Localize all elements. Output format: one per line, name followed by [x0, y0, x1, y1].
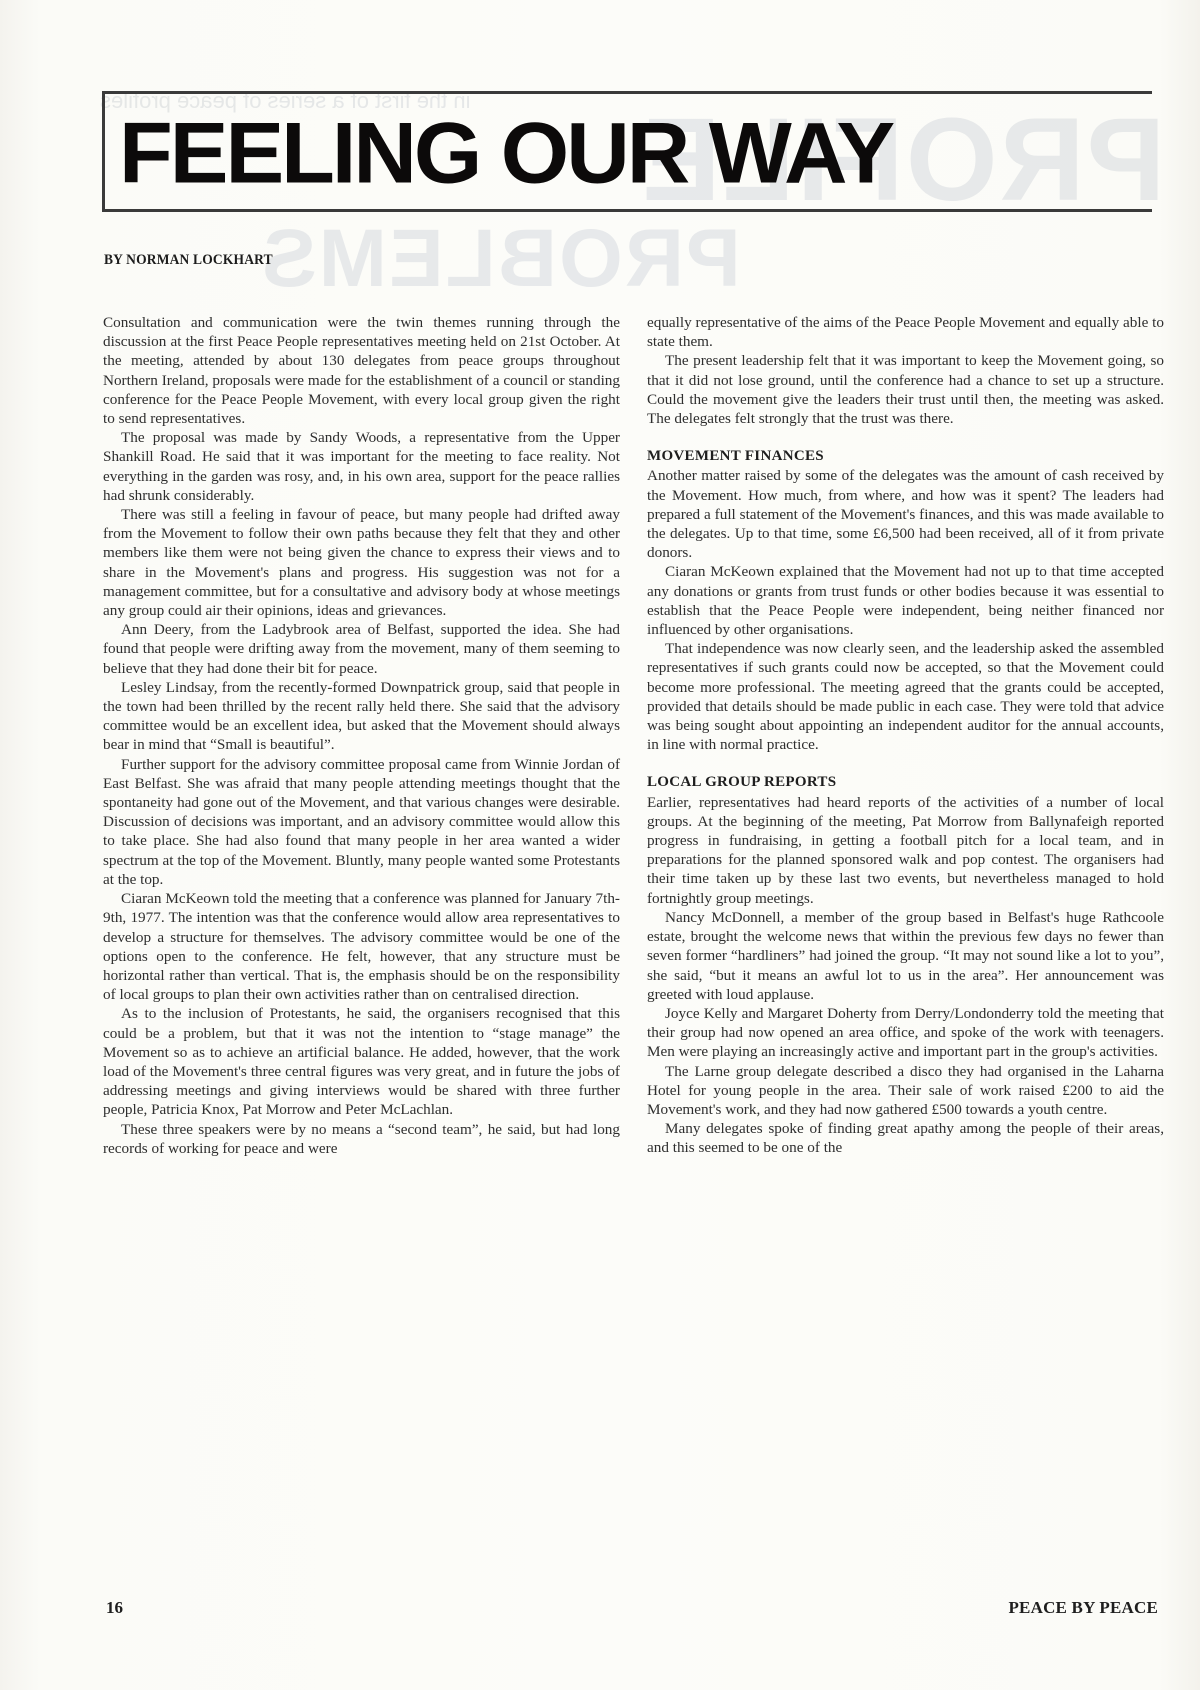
headline: FEELING OUR WAY	[119, 104, 892, 202]
article-paragraph: Lesley Lindsay, from the recently-formed…	[103, 678, 620, 755]
article-paragraph: equally representative of the aims of th…	[647, 313, 1164, 351]
article-paragraph: Many delegates spoke of finding great ap…	[647, 1119, 1164, 1157]
article-paragraph: These three speakers were by no means a …	[103, 1120, 620, 1158]
publication-title: PEACE BY PEACE	[1008, 1598, 1158, 1618]
article-paragraph: Consultation and communication were the …	[103, 313, 620, 428]
article-paragraph: Another matter raised by some of the del…	[647, 466, 1164, 562]
headline-box: FEELING OUR WAY	[102, 91, 1152, 212]
article-paragraph: Joyce Kelly and Margaret Doherty from De…	[647, 1004, 1164, 1062]
article-column-right: equally representative of the aims of th…	[647, 313, 1164, 1158]
article-paragraph: The proposal was made by Sandy Woods, a …	[103, 428, 620, 505]
article-paragraph: Ciaran McKeown told the meeting that a c…	[103, 889, 620, 1004]
article-paragraph: Earlier, representatives had heard repor…	[647, 793, 1164, 908]
show-through-text: PROBLEMS	[260, 212, 741, 306]
article-paragraph: Nancy McDonnell, a member of the group b…	[647, 908, 1164, 1004]
article-column-left: Consultation and communication were the …	[103, 313, 620, 1158]
page-number: 16	[106, 1598, 123, 1618]
article-paragraph: As to the inclusion of Protestants, he s…	[103, 1004, 620, 1119]
article-paragraph: Ciaran McKeown explained that the Moveme…	[647, 562, 1164, 639]
article-paragraph: Ann Deery, from the Ladybrook area of Be…	[103, 620, 620, 678]
section-heading: MOVEMENT FINANCES	[647, 447, 1164, 466]
magazine-page: PROFILE PROBLEMS in the first of a serie…	[0, 0, 1200, 1690]
article-paragraph: There was still a feeling in favour of p…	[103, 505, 620, 620]
byline: BY NORMAN LOCKHART	[104, 252, 273, 269]
article-paragraph: That independence was now clearly seen, …	[647, 639, 1164, 754]
article-paragraph: The present leadership felt that it was …	[647, 351, 1164, 428]
article-paragraph: The Larne group delegate described a dis…	[647, 1062, 1164, 1120]
section-heading: LOCAL GROUP REPORTS	[647, 773, 1164, 792]
article-paragraph: Further support for the advisory committ…	[103, 755, 620, 889]
